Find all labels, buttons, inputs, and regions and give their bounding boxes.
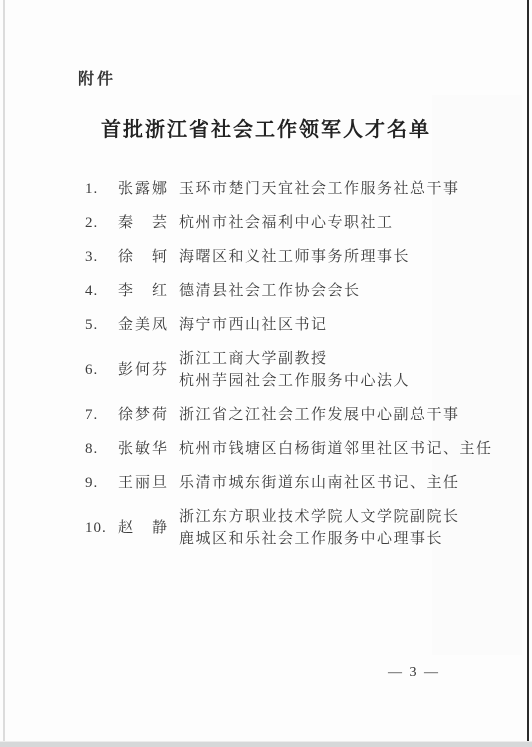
talent-list: 1. 张露娜 玉环市楚门天宜社会工作服务社总干事 2. 秦 芸 杭州市社会福利中… [85, 178, 494, 562]
list-item: 8. 张敏华 杭州市钱塘区白杨街道邻里社区书记、主任 [85, 438, 494, 460]
list-item: 4. 李 红 德清县社会工作协会会长 [85, 280, 494, 302]
person-name: 张露娜 [118, 178, 179, 200]
list-item: 10. 赵 静 浙江东方职业技术学院人文学院副院长 鹿城区和乐社会工作服务中心理… [85, 506, 494, 550]
person-title: 杭州市社会福利中心专职社工 [179, 212, 494, 234]
item-number: 5. [85, 314, 118, 336]
page-number: — 3 — [388, 665, 440, 681]
item-number: 4. [85, 280, 118, 302]
item-number: 1. [85, 178, 118, 200]
attachment-label: 附件 [78, 66, 116, 89]
person-name: 徐 轲 [118, 246, 179, 268]
item-number: 10. [85, 517, 118, 539]
person-name: 徐梦荷 [118, 404, 179, 426]
item-number: 2. [85, 212, 118, 234]
item-number: 9. [85, 472, 118, 494]
list-item: 5. 金美凤 海宁市西山社区书记 [85, 314, 494, 336]
person-title: 玉环市楚门天宜社会工作服务社总干事 [179, 178, 494, 200]
page-title: 首批浙江省社会工作领军人才名单 [0, 113, 532, 142]
person-name: 李 红 [118, 280, 179, 302]
person-title: 乐清市城东街道东山南社区书记、主任 [179, 472, 494, 494]
item-number: 3. [85, 246, 118, 268]
item-number: 6. [85, 359, 118, 381]
person-title: 浙江东方职业技术学院人文学院副院长 鹿城区和乐社会工作服务中心理事长 [179, 506, 494, 550]
list-item: 7. 徐梦荷 浙江省之江社会工作发展中心副总干事 [85, 404, 494, 426]
person-title: 浙江省之江社会工作发展中心副总干事 [179, 404, 494, 426]
document-page: 附件 首批浙江省社会工作领军人才名单 1. 张露娜 玉环市楚门天宜社会工作服务社… [0, 0, 532, 747]
list-item: 6. 彭何芬 浙江工商大学副教授 杭州芋园社会工作服务中心法人 [85, 348, 494, 392]
person-title: 杭州市钱塘区白杨街道邻里社区书记、主任 [179, 438, 494, 460]
list-item: 9. 王丽旦 乐清市城东街道东山南社区书记、主任 [85, 472, 494, 494]
scan-edge-bottom [0, 741, 532, 747]
list-item: 2. 秦 芸 杭州市社会福利中心专职社工 [85, 212, 494, 234]
person-name: 张敏华 [118, 438, 179, 460]
list-item: 1. 张露娜 玉环市楚门天宜社会工作服务社总干事 [85, 178, 494, 200]
person-title: 海宁市西山社区书记 [179, 314, 494, 336]
person-name: 金美凤 [118, 314, 179, 336]
person-name: 秦 芸 [118, 212, 179, 234]
person-title: 浙江工商大学副教授 杭州芋园社会工作服务中心法人 [179, 348, 494, 392]
person-name: 赵 静 [118, 517, 179, 539]
item-number: 7. [85, 404, 118, 426]
person-title: 德清县社会工作协会会长 [179, 280, 494, 302]
item-number: 8. [85, 438, 118, 460]
person-name: 王丽旦 [118, 472, 179, 494]
person-title: 海曙区和义社工师事务所理事长 [179, 246, 494, 268]
list-item: 3. 徐 轲 海曙区和义社工师事务所理事长 [85, 246, 494, 268]
person-name: 彭何芬 [118, 359, 179, 381]
